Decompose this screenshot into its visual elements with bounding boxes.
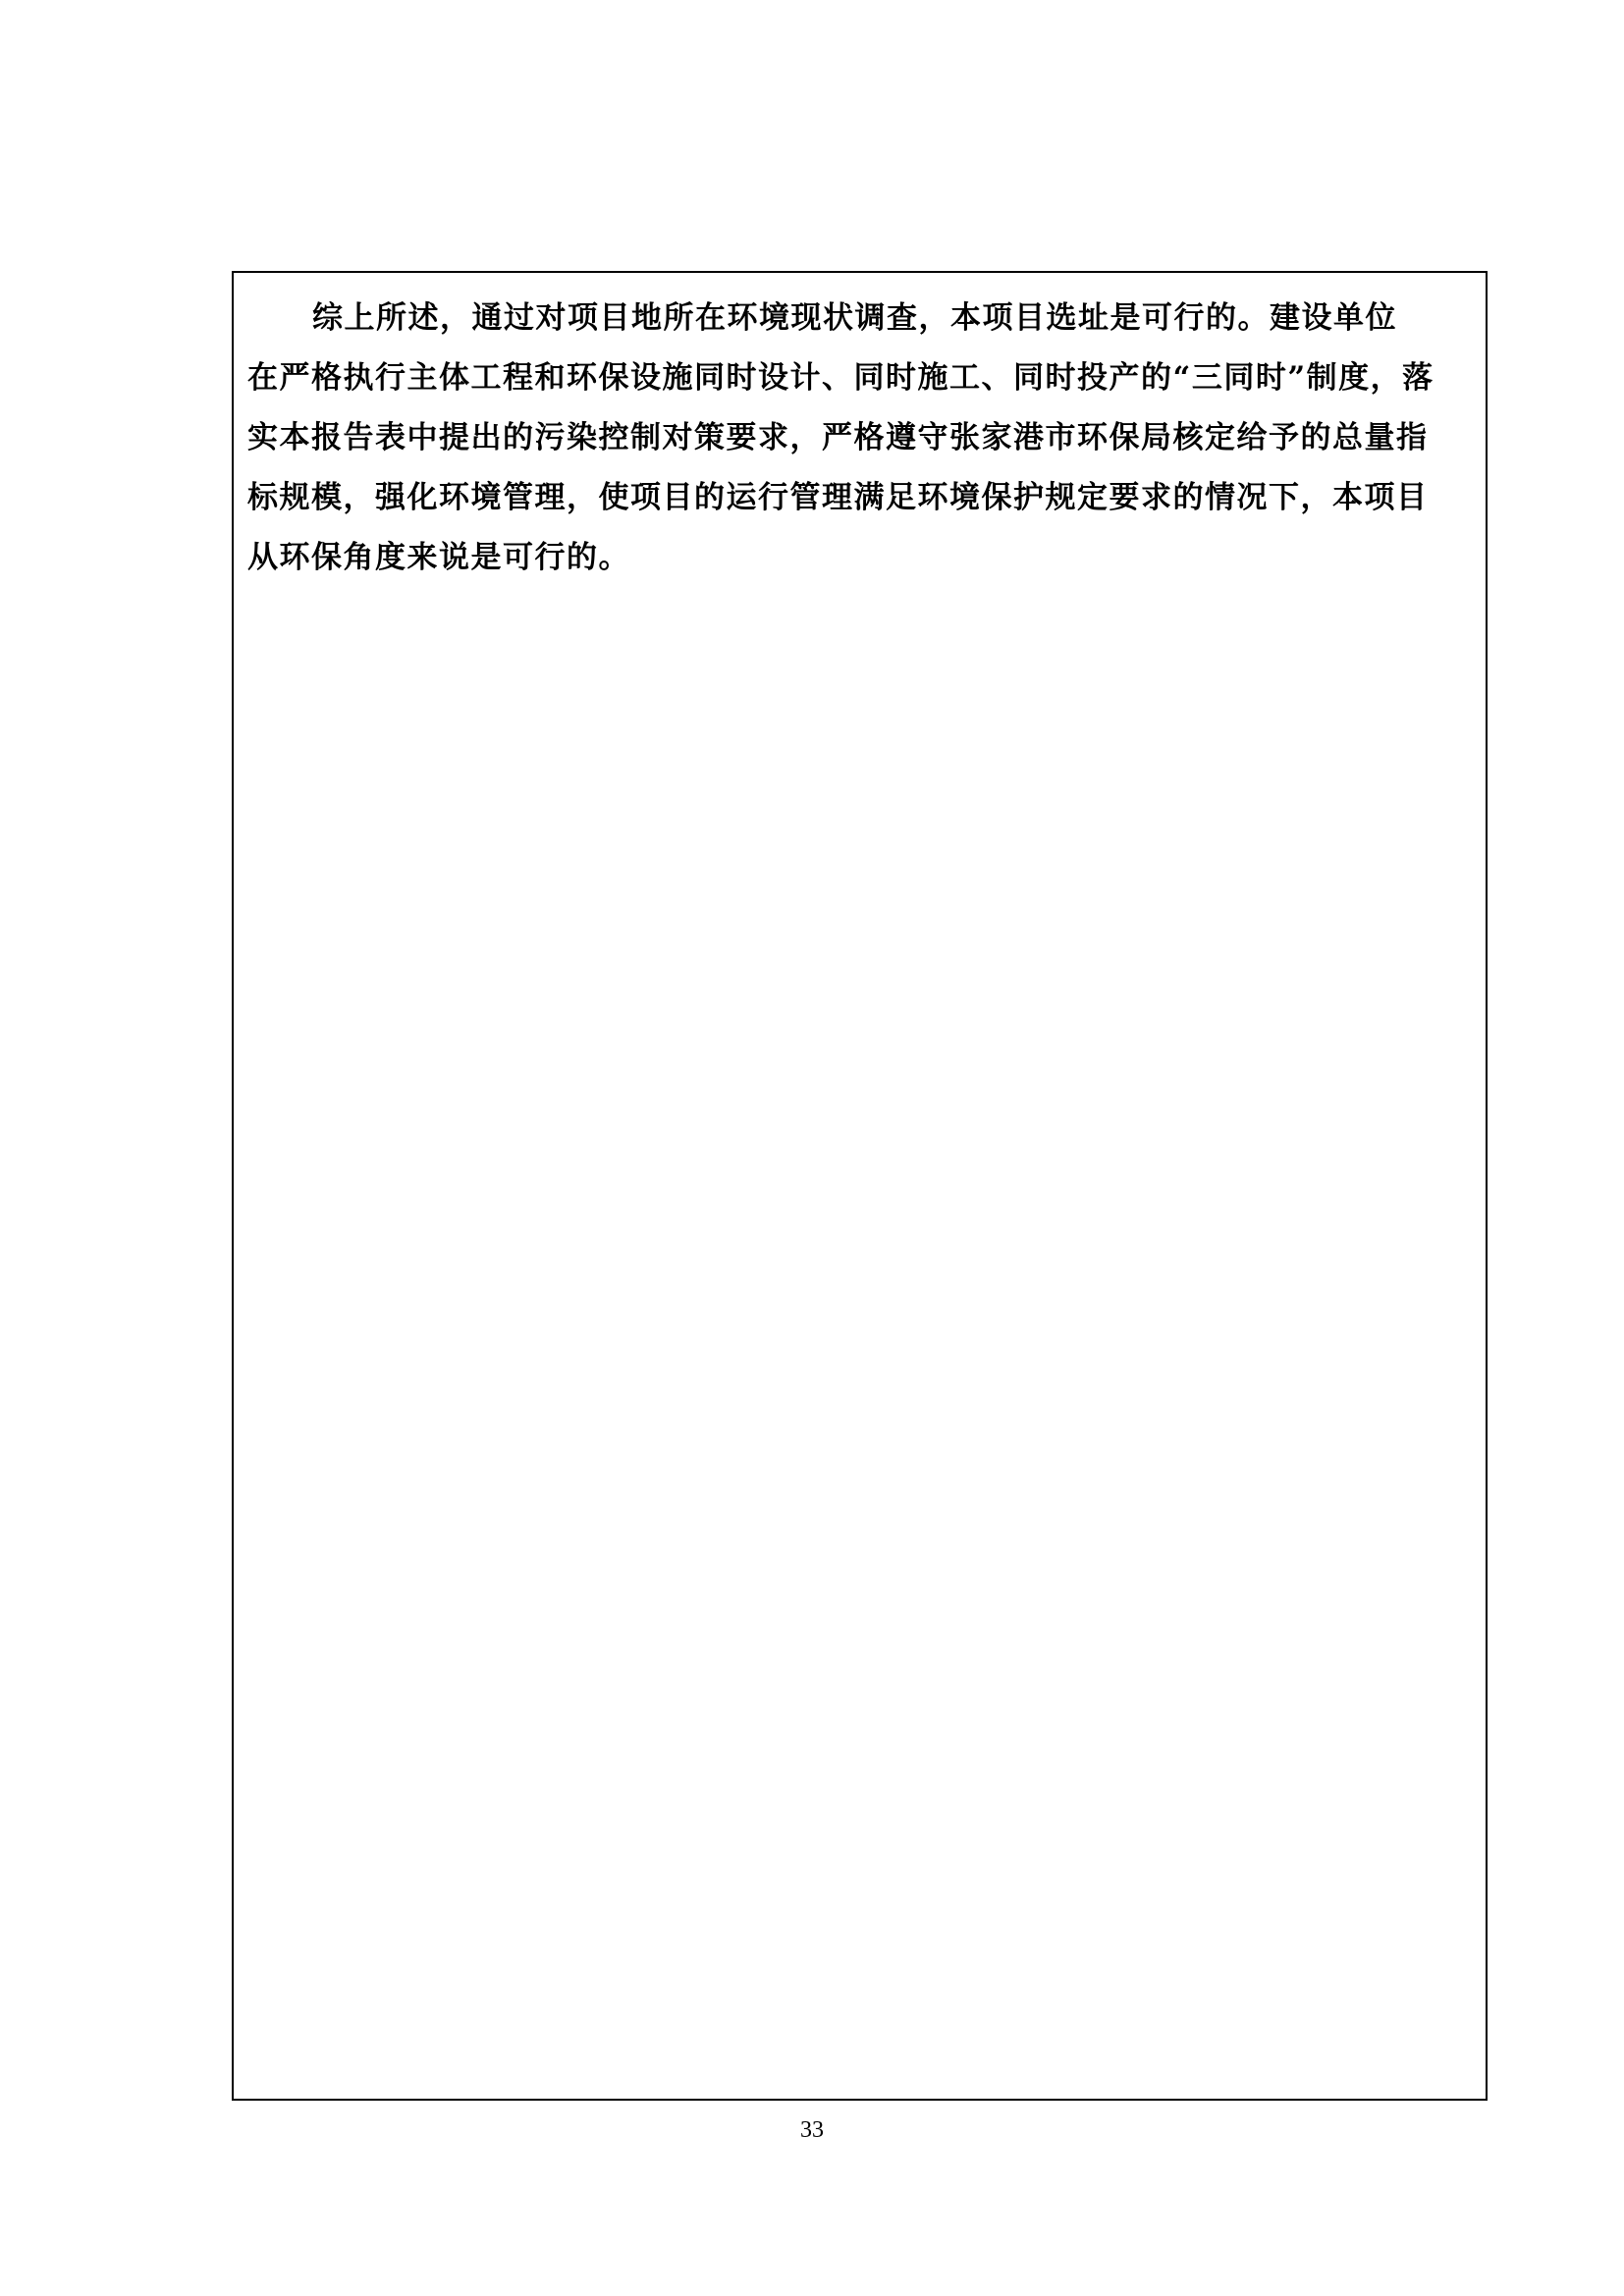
paragraph-line-3: 实本报告表中提出的污染控制对策要求，严格遵守张家港市环保局核定给予的总量指 <box>247 408 1477 468</box>
content-frame: 综上所述，通过对项目地所在环境现状调查，本项目选址是可行的。建设单位 在严格执行… <box>232 271 1488 2101</box>
paragraph-line-1: 综上所述，通过对项目地所在环境现状调查，本项目选址是可行的。建设单位 <box>247 289 1477 348</box>
conclusion-paragraph: 综上所述，通过对项目地所在环境现状调查，本项目选址是可行的。建设单位 在严格执行… <box>247 289 1477 588</box>
paragraph-line-5: 从环保角度来说是可行的。 <box>247 528 1477 588</box>
paragraph-line-4: 标规模，强化环境管理，使项目的运行管理满足环境保护规定要求的情况下，本项目 <box>247 468 1477 528</box>
page-number: 33 <box>0 2115 1624 2145</box>
paragraph-line-2: 在严格执行主体工程和环保设施同时设计、同时施工、同时投产的“三同时”制度，落 <box>247 348 1477 408</box>
